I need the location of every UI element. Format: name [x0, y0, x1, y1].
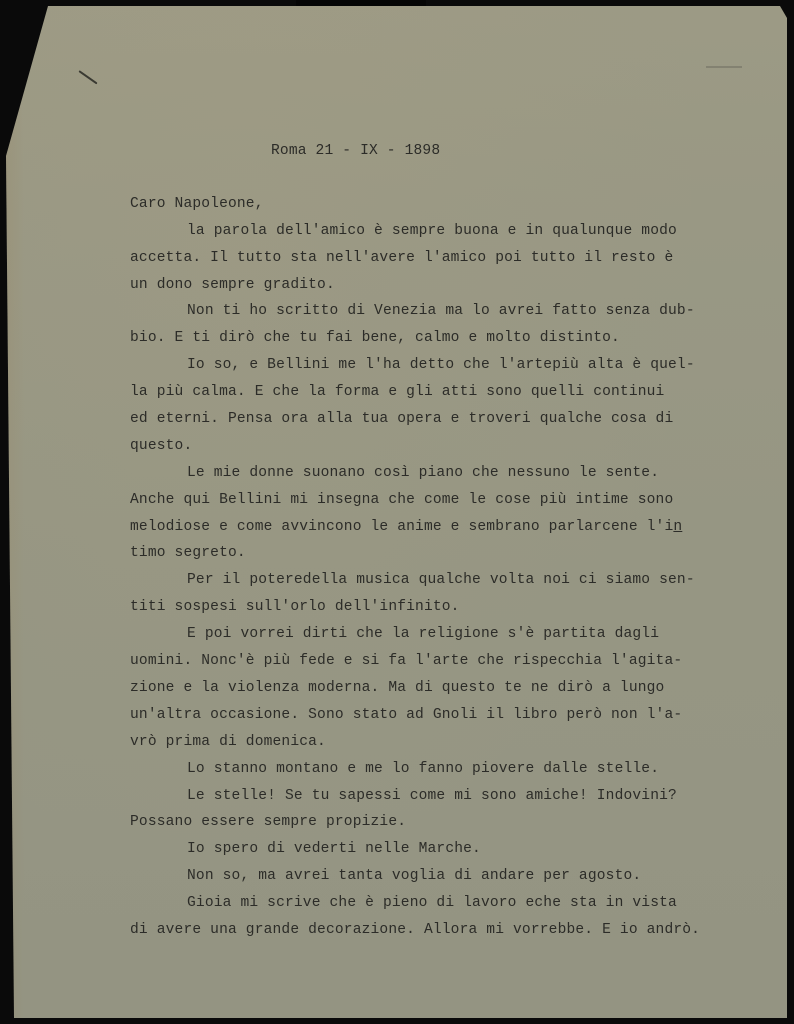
- text-line: accetta. Il tutto sta nell'avere l'amico…: [130, 245, 740, 272]
- text-line: ed eterni. Pensa ora alla tua opera e tr…: [130, 406, 740, 433]
- text-line: Le stelle! Se tu sapessi come mi sono am…: [130, 783, 740, 810]
- text-line: Lo stanno montano e me lo fanno piovere …: [130, 756, 740, 783]
- text-line: titi sospesi sull'orlo dell'infinito.: [130, 594, 740, 621]
- letter-body: Roma 21 - IX - 1898 Caro Napoleone, la p…: [130, 138, 740, 944]
- text-line: vrò prima di domenica.: [130, 729, 740, 756]
- text-line: Le mie donne suonano così piano che ness…: [130, 460, 740, 487]
- underlined-text: n: [673, 519, 682, 535]
- salutation: Caro Napoleone,: [130, 191, 740, 218]
- text-line: Io so, e Bellini me l'ha detto che l'art…: [130, 352, 740, 379]
- text-line: zione e la violenza moderna. Ma di quest…: [130, 675, 740, 702]
- text-line: Io spero di vederti nelle Marche.: [130, 836, 740, 863]
- text-line: la parola dell'amico è sempre buona e in…: [130, 218, 740, 245]
- scan-frame: Roma 21 - IX - 1898 Caro Napoleone, la p…: [0, 0, 794, 1024]
- faint-mark: [706, 66, 742, 68]
- text-line: uomini. Nonc'è più fede e si fa l'arte c…: [130, 648, 740, 675]
- text-line: E poi vorrei dirti che la religione s'è …: [130, 621, 740, 648]
- letter-page: Roma 21 - IX - 1898 Caro Napoleone, la p…: [6, 6, 787, 1018]
- text-line: Non ti ho scritto di Venezia ma lo avrei…: [130, 298, 740, 325]
- text-line: un'altra occasione. Sono stato ad Gnoli …: [130, 702, 740, 729]
- text-line: Gioia mi scrive che è pieno di lavoro ec…: [130, 890, 740, 917]
- dateline: Roma 21 - IX - 1898: [130, 138, 740, 165]
- text-line: questo.: [130, 433, 740, 460]
- text-line: un dono sempre gradito.: [130, 272, 740, 299]
- text-line: melodiose e come avvincono le anime e se…: [130, 514, 740, 541]
- text-line: di avere una grande decorazione. Allora …: [130, 917, 740, 944]
- text-line: Anche qui Bellini mi insegna che come le…: [130, 487, 740, 514]
- text-line: bio. E ti dirò che tu fai bene, calmo e …: [130, 325, 740, 352]
- text-line: Per il poteredella musica qualche volta …: [130, 567, 740, 594]
- text-line: Possano essere sempre propizie.: [130, 809, 740, 836]
- line-text: melodiose e come avvincono le anime e se…: [130, 519, 673, 535]
- text-line: timo segreto.: [130, 540, 740, 567]
- text-line: Non so, ma avrei tanta voglia di andare …: [130, 863, 740, 890]
- text-line: la più calma. E che la forma e gli atti …: [130, 379, 740, 406]
- pen-mark: [78, 70, 97, 84]
